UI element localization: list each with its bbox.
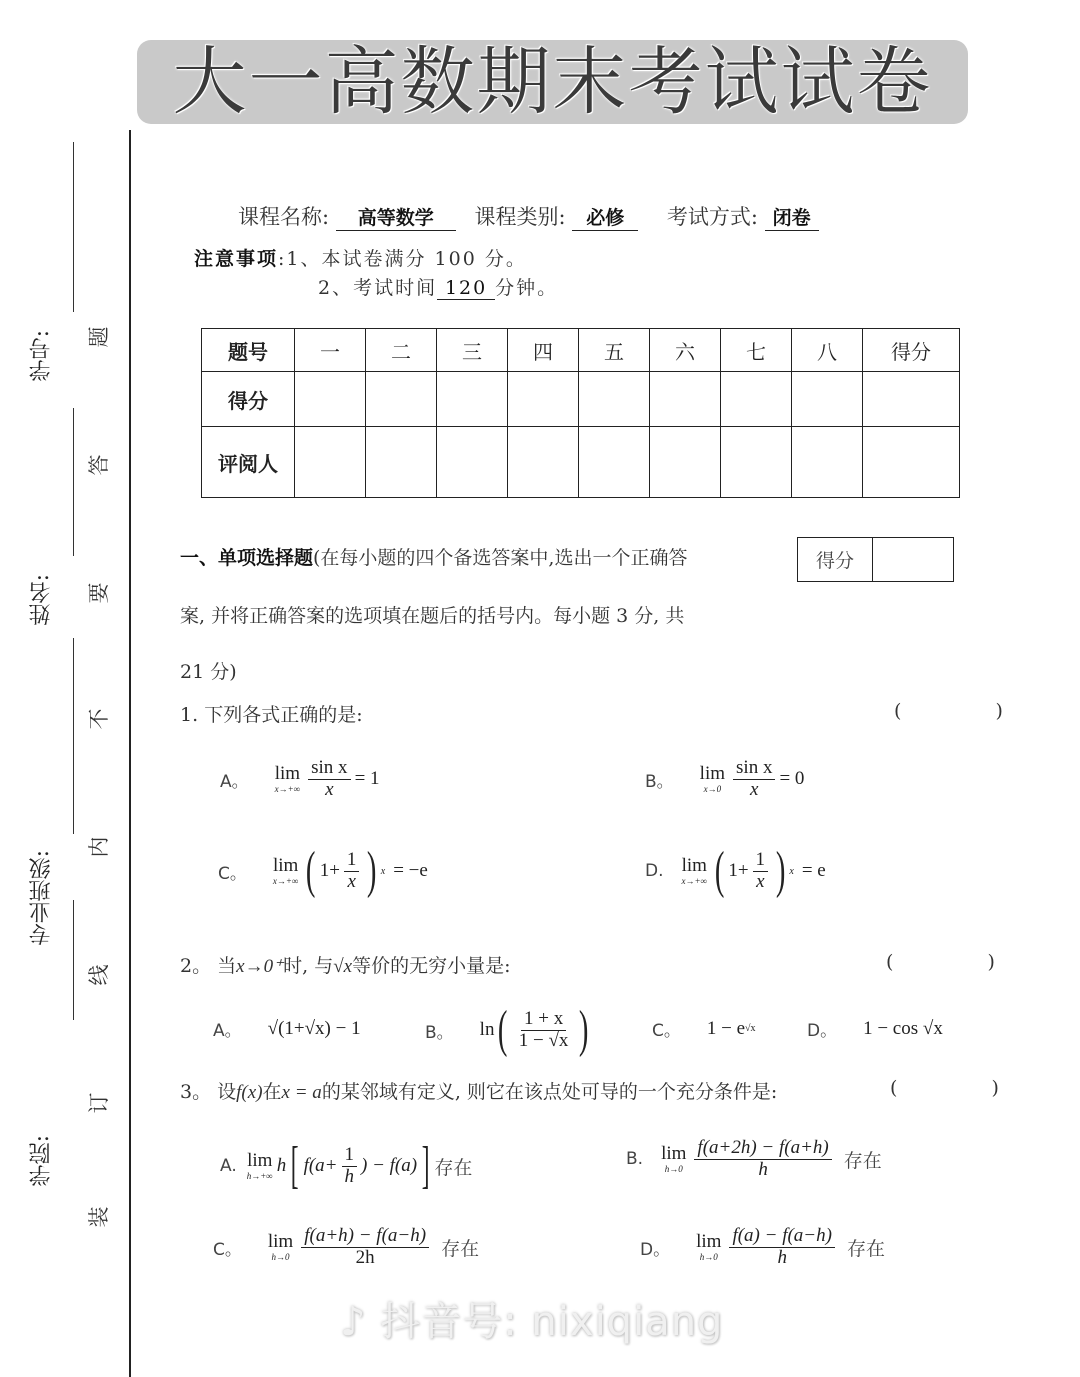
watermark: ♪ 抖音号: nixiqiang [340,1290,723,1347]
grader-cell[interactable] [366,427,437,498]
option-letter: C。 [652,1016,681,1041]
margin-line [73,900,74,1020]
title-banner: 大一高数期末考试试卷 [137,40,968,124]
college-label: 学院: [26,1135,57,1186]
header-cell: 三 [437,329,508,372]
option-letter: C。 [218,859,247,884]
grader-cell[interactable] [792,427,863,498]
score-cell[interactable] [508,372,579,427]
exam-duration-value: 120 [437,277,495,300]
fraction: 1h [342,1145,358,1188]
q2-option-a[interactable]: A。 √(1+√x) − 1 [213,1016,361,1041]
margin-warning-char: 内 [83,835,113,859]
score-cell[interactable] [295,372,366,427]
option-letter: A。 [220,767,249,792]
option-letter: C。 [213,1235,242,1260]
q2-option-b[interactable]: B。 ln ( 1 + x1 − √x ) [425,1004,593,1056]
fraction: sin xx [308,758,350,801]
section-score-label: 得分 [798,538,873,581]
margin-warning-char: 答 [83,453,113,477]
section-1-desc-3: 21 分) [180,657,237,684]
limit-operator: limh→0 [661,1144,686,1174]
grader-row: 评阅人 [202,427,960,498]
score-table-header-row: 题号 一 二 三 四 五 六 七 八 得分 [202,329,960,372]
note-1: :1、本试卷满分 100 分。 [278,248,527,270]
header-cell: 一 [295,329,366,372]
note-2-prefix: 2、考试时间 [318,277,437,299]
answer-paren[interactable]: ( ) [894,700,1047,722]
fraction: f(a+2h) − f(a+h)h [694,1138,831,1181]
limit-operator: limx→+∞ [275,764,300,794]
margin-line [73,408,74,556]
margin-line [73,142,74,312]
exam-mode-value: 闭卷 [765,203,819,231]
fraction: f(a+h) − f(a−h)2h [301,1226,429,1269]
equation-rhs: = 1 [355,768,380,790]
equation-rhs: = e [802,860,826,882]
question-number: 3。 [180,1081,211,1103]
row-label: 评阅人 [202,427,295,498]
limit-operator: limh→0 [696,1232,721,1262]
fraction: 1x [753,850,769,893]
score-cell[interactable] [366,372,437,427]
equation-rhs: = −e [393,860,428,882]
left-bracket: [ [291,1140,299,1192]
inline-math: x→0⁺ [236,956,283,977]
q3-option-c[interactable]: C。 limh→0 f(a+h) − f(a−h)2h 存在 [213,1226,479,1269]
limit-operator: limx→0 [700,764,725,794]
q2-option-c[interactable]: C。 1 − e√x [652,1016,756,1041]
notes-line-2: 2、考试时间120分钟。 [318,273,558,300]
student-name-label: 姓名: [26,574,57,625]
inline-math: √x [333,956,352,977]
question-number: 1. [180,704,198,726]
course-type-value: 必修 [572,203,638,231]
note-2-suffix: 分钟。 [495,277,558,299]
header-cell: 八 [792,329,863,372]
right-bracket: ] [422,1140,430,1192]
grader-cell[interactable] [295,427,366,498]
option-letter: B. [626,1149,643,1169]
section-1-title: 一、单项选择题 [180,547,313,569]
margin-warning-char: 装 [83,1205,113,1229]
left-paren: ( [306,845,316,897]
header-cell: 六 [650,329,721,372]
q3-option-b[interactable]: B. limh→0 f(a+2h) − f(a+h)h 存在 [626,1138,882,1181]
right-paren: ) [579,1004,589,1056]
score-cell[interactable] [579,372,650,427]
answer-paren[interactable]: ( ) [890,1077,1043,1099]
option-letter: B。 [425,1018,454,1043]
score-cell[interactable] [650,372,721,427]
question-stem: 下列各式正确的是: [204,704,362,726]
grader-cell[interactable] [579,427,650,498]
header-cell: 五 [579,329,650,372]
grader-cell[interactable] [863,427,960,498]
score-cell[interactable] [792,372,863,427]
course-info-line: 课程名称: 高等数学 课程类别: 必修 考试方式: 闭卷 [238,201,819,231]
grader-cell[interactable] [508,427,579,498]
exam-mode-label: 考试方式: [667,205,758,229]
q3-option-a[interactable]: A. limh→+∞ h [ f(a+ 1h ) − f(a) ] 存在 [220,1140,472,1192]
question-3-text: 3。 设f(x)在x = a的某邻域有定义, 则它在该点处可导的一个充分条件是: [180,1077,777,1104]
q3-option-d[interactable]: D。 limh→0 f(a) − f(a−h)h 存在 [640,1226,885,1269]
student-id-label: 学号: [26,330,57,381]
section-1-heading: 一、单项选择题(在每小题的四个备选答案中,选出一个正确答 [180,543,687,570]
q1-option-a[interactable]: A。 limx→+∞ sin xx = 1 [220,758,380,801]
option-letter: A。 [213,1016,242,1041]
course-type-label: 课程类别: [474,205,565,229]
row-label: 得分 [202,372,295,427]
option-letter: D。 [807,1016,837,1041]
q1-option-c[interactable]: C。 limx→+∞ ( 1+ 1x )x = −e [218,845,428,897]
fraction: f(a) − f(a−h)h [729,1226,835,1269]
notes-label: 注意事项 [194,248,278,270]
limit-operator: limx→+∞ [682,856,707,886]
q1-option-b[interactable]: B。 limx→0 sin xx = 0 [645,758,804,801]
course-name-label: 课程名称: [238,205,329,229]
left-paren: ( [715,845,725,897]
section-1-score-box: 得分 [797,537,954,582]
inline-math: x = a [282,1082,322,1103]
fraction: 1 + x1 − √x [516,1009,572,1052]
score-cell[interactable] [721,372,792,427]
grader-cell[interactable] [437,427,508,498]
class-label: 专业班级: [26,850,57,945]
option-letter: A. [220,1156,237,1176]
section-1-desc-2: 案, 并将正确答案的选项填在题后的括号内。每小题 3 分, 共 [180,601,684,628]
q2-option-d[interactable]: D。 1 − cos √x [807,1016,943,1041]
score-row: 得分 [202,372,960,427]
header-cell: 二 [366,329,437,372]
margin-warning-char: 要 [83,581,113,605]
course-name-value: 高等数学 [336,203,456,231]
margin-warning-char: 题 [83,325,113,349]
q1-option-d[interactable]: D. limx→+∞ ( 1+ 1x )x = e [645,845,826,897]
right-paren: ) [367,845,377,897]
page-title: 大一高数期末考试试卷 [173,45,933,119]
option-expression: √(1+√x) − 1 [268,1018,361,1040]
left-paren: ( [498,1004,508,1056]
limit-operator: limh→+∞ [247,1151,273,1181]
equation-rhs: = 0 [779,768,804,790]
header-cell: 七 [721,329,792,372]
section-1-desc-1: (在每小题的四个备选答案中,选出一个正确答 [313,547,687,569]
margin-warning-char: 不 [83,707,113,731]
grader-cell[interactable] [650,427,721,498]
option-letter: D。 [640,1235,670,1260]
score-table: 题号 一 二 三 四 五 六 七 八 得分 得分 评阅人 [201,328,960,498]
header-cell: 四 [508,329,579,372]
fraction: 1x [344,850,360,893]
limit-operator: limh→0 [268,1232,293,1262]
margin-warning-char: 订 [83,1091,113,1115]
notes-line-1: 注意事项:1、本试卷满分 100 分。 [194,244,527,271]
total-score-cell[interactable] [863,372,960,427]
right-paren: ) [776,845,786,897]
grader-cell[interactable] [721,427,792,498]
question-1-text: 1. 下列各式正确的是: [180,700,363,727]
option-letter: D. [645,861,664,881]
header-cell: 得分 [863,329,960,372]
margin-line [73,638,74,834]
binding-margin-rule [129,130,131,1377]
inline-math: f(x) [236,1082,262,1103]
answer-paren[interactable]: ( ) [886,951,1039,973]
question-2-text: 2。 当x→0⁺时, 与√x等价的无穷小量是: [180,951,511,978]
fraction: sin xx [733,758,775,801]
option-letter: B。 [645,767,674,792]
score-cell[interactable] [437,372,508,427]
question-number: 2。 [180,955,211,977]
option-expression: 1 − cos √x [863,1018,943,1040]
limit-operator: limx→+∞ [273,856,298,886]
section-score-input[interactable] [873,538,953,581]
header-cell: 题号 [202,329,295,372]
margin-warning-char: 线 [83,963,113,987]
